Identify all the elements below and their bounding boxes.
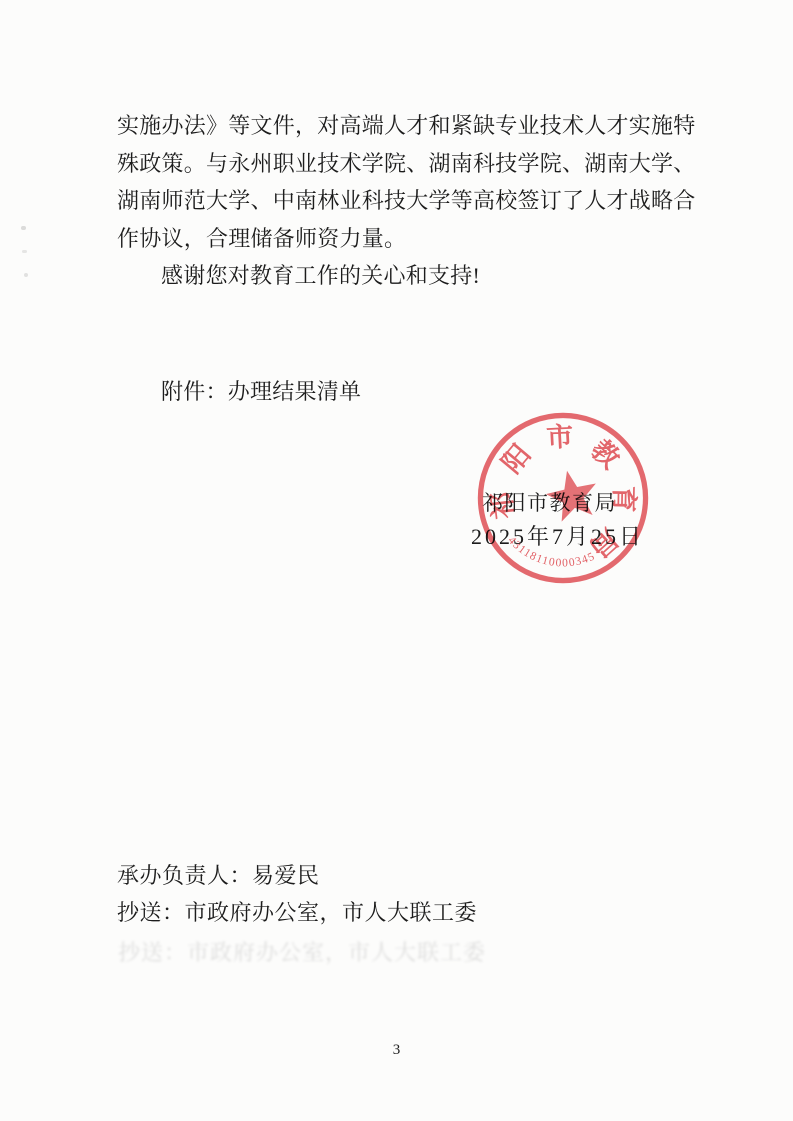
official-seal-stamp: 祁 阳 市 教 育 局 43118110000345 [467, 402, 659, 594]
body-text-line: 实施办法》等文件，对高端人才和紧缺专业技术人才实施特 [117, 107, 696, 145]
seal-star-icon [542, 465, 602, 523]
page-number: 3 [0, 1042, 793, 1058]
seal-ring-char: 祁 [486, 490, 519, 520]
seal-ring-char: 市 [546, 422, 575, 453]
undertaker-line: 承办负责人：易爱民 [117, 858, 477, 895]
footer-block: 承办负责人：易爱民 抄送：市政府办公室，市人大联工委 [117, 858, 477, 931]
scan-speck [24, 273, 28, 277]
document-page: 实施办法》等文件，对高端人才和紧缺专业技术人才实施特 殊政策。与永州职业技术学院… [0, 0, 793, 1121]
body-text-line: 殊政策。与永州职业技术学院、湖南科技学院、湖南大学、 [117, 145, 696, 183]
seal-ring-char: 育 [609, 485, 640, 512]
bleed-through-ghost-text: 抄送：市政府办公室，市人大联工委 [118, 936, 486, 967]
scan-speck [21, 226, 26, 230]
body-text-line: 作协议，合理储备师资力量。 [117, 220, 696, 258]
cc-line: 抄送：市政府办公室，市人大联工委 [117, 895, 477, 932]
body-paragraph: 实施办法》等文件，对高端人才和紧缺专业技术人才实施特 殊政策。与永州职业技术学院… [117, 107, 696, 295]
body-text-line: 湖南师范大学、中南林业科技大学等高校签订了人才战略合 [117, 182, 696, 220]
seal-code: 43118110000345 [505, 535, 597, 570]
thanks-line: 感谢您对教育工作的关心和支持! [117, 257, 696, 295]
attachment-line: 附件：办理结果清单 [117, 373, 361, 411]
scan-speck [22, 250, 27, 253]
